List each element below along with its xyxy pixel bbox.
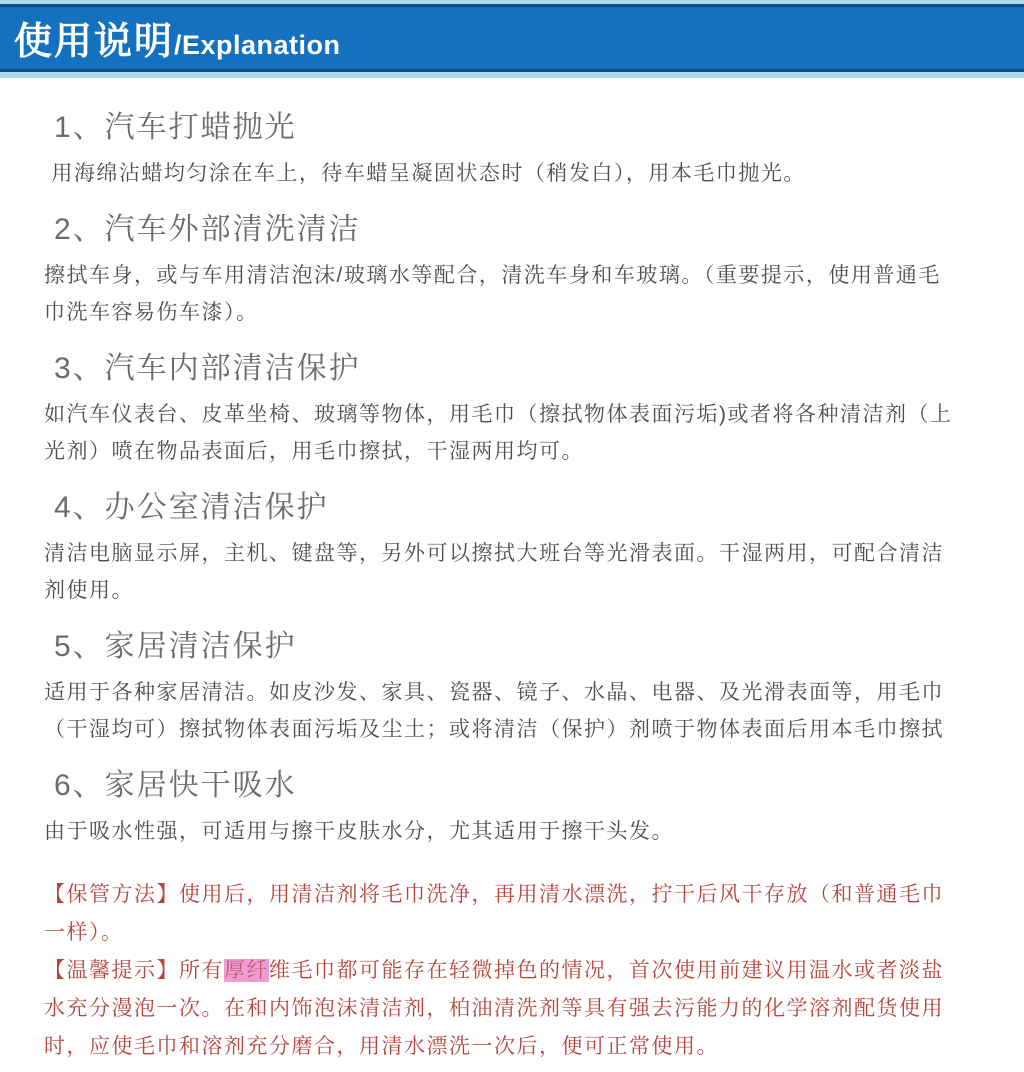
tips-highlighted-text: 厚纤 <box>224 959 269 982</box>
section-body-6: 由于吸水性强，可适用与擦干皮肤水分，尤其适用于擦干头发。 <box>44 813 960 850</box>
section-body-2: 擦拭车身，或与车用清洁泡沫/玻璃水等配合，清洗车身和车玻璃。（重要提示，使用普通… <box>44 257 960 331</box>
section-heading-2: 2、汽车外部清洗清洁 <box>54 210 960 250</box>
section-body-4: 清洁电脑显示屏，主机、键盘等，另外可以擦拭大班台等光滑表面。干湿两用，可配合清洁… <box>44 535 960 609</box>
tips-notice-label: 【温馨提示】 <box>44 959 179 982</box>
storage-notice-label: 【保管方法】 <box>44 883 179 906</box>
storage-notice: 【保管方法】使用后，用清洁剂将毛巾洗净，再用清水漂洗，拧干后风干存放（和普通毛巾… <box>44 876 960 952</box>
header-bar: 使用说明/Explanation <box>0 0 1024 78</box>
section-body-5: 适用于各种家居清洁。如皮沙发、家具、瓷器、镜子、水晶、电器、及光滑表面等，用毛巾… <box>44 674 960 748</box>
section-heading-5: 5、家居清洁保护 <box>54 627 960 667</box>
header-title-cn: 使用说明 <box>14 18 174 66</box>
content-inner: 1、汽车打蜡抛光 用海绵沾蜡均匀涂在车上，待车蜡呈凝固状态时（稍发白），用本毛巾… <box>44 108 960 1066</box>
storage-notice-text: 使用后，用清洁剂将毛巾洗净，再用清水漂洗，拧干后风干存放（和普通毛巾一样）。 <box>44 883 944 944</box>
section-heading-1: 1、汽车打蜡抛光 <box>54 108 960 148</box>
section-heading-4: 4、办公室清洁保护 <box>54 488 960 528</box>
header-title-en: /Explanation <box>174 30 341 61</box>
section-body-3: 如汽车仪表台、皮革坐椅、玻璃等物体，用毛巾（擦拭物体表面污垢)或者将各种清洁剂（… <box>44 396 960 470</box>
section-heading-3: 3、汽车内部清洁保护 <box>54 349 960 389</box>
section-heading-6: 6、家居快干吸水 <box>54 766 960 806</box>
tips-notice: 【温馨提示】所有厚纤维毛巾都可能存在轻微掉色的情况，首次使用前建议用温水或者淡盐… <box>44 952 960 1066</box>
content: 1、汽车打蜡抛光 用海绵沾蜡均匀涂在车上，待车蜡呈凝固状态时（稍发白），用本毛巾… <box>0 108 1024 1066</box>
tips-notice-text-before: 所有 <box>179 959 224 982</box>
section-body-1: 用海绵沾蜡均匀涂在车上，待车蜡呈凝固状态时（稍发白），用本毛巾抛光。 <box>44 155 960 192</box>
